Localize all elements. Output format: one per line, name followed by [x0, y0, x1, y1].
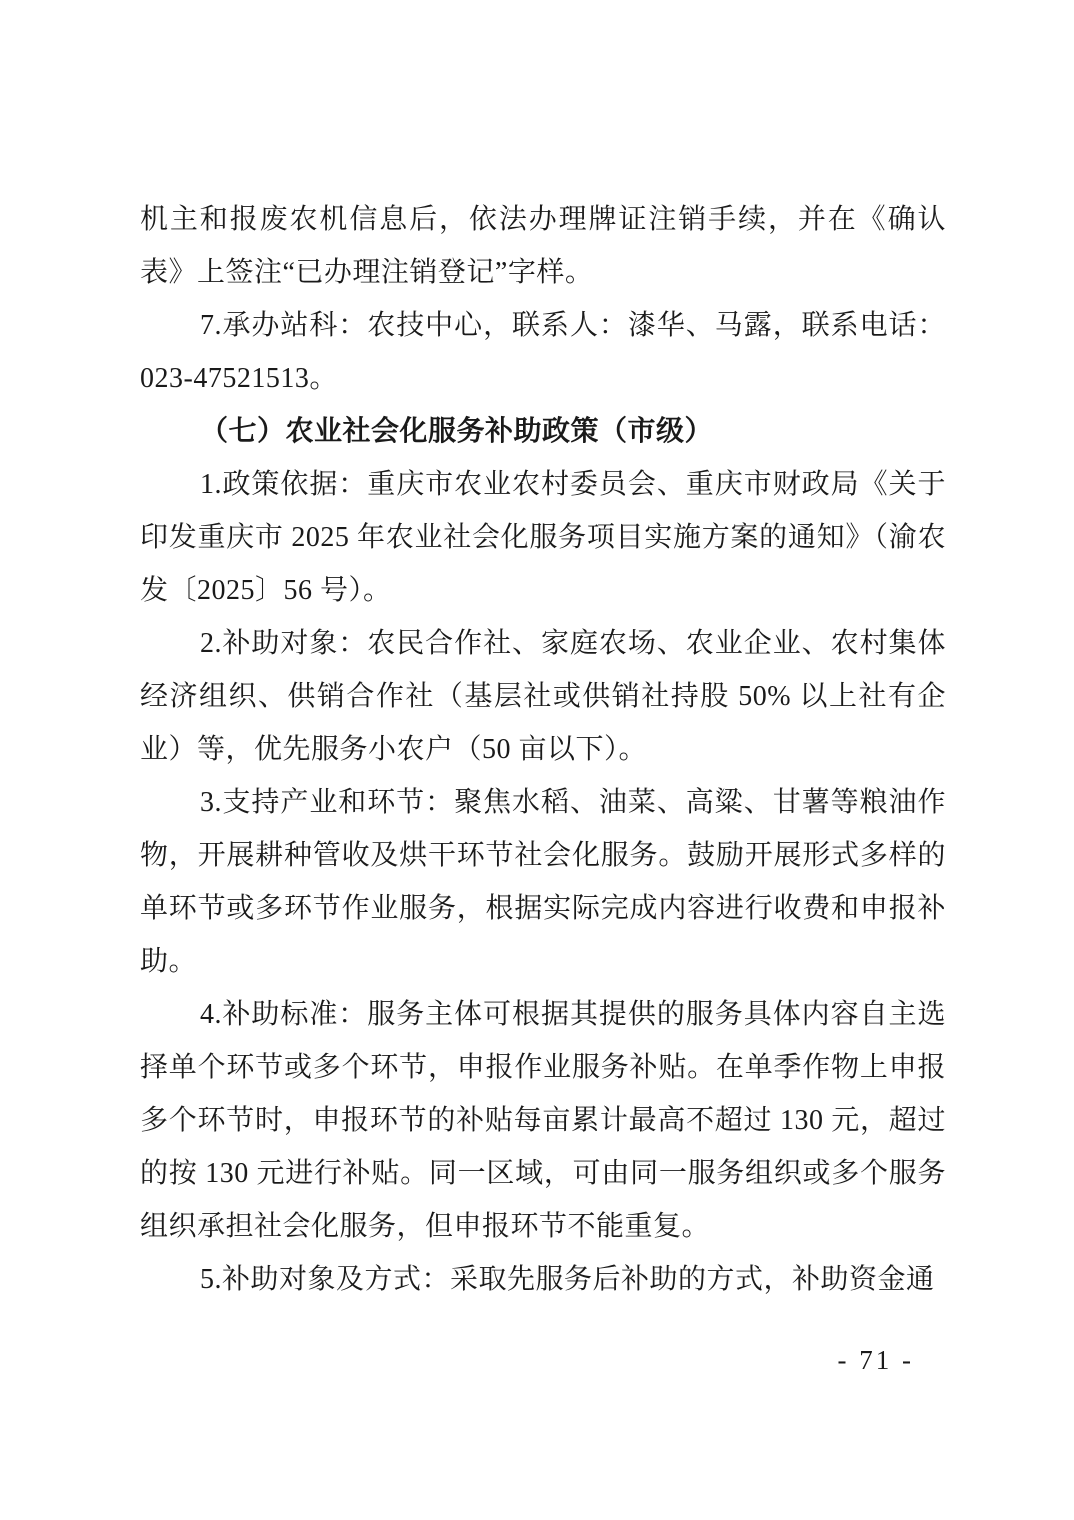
paragraph-continuation: 机主和报废农机信息后，依法办理牌证注销手续，并在《确认表》上签注“已办理注销登记… [140, 193, 946, 299]
paragraph-contact-info: 7.承办站科：农技中心，联系人：漆华、马露，联系电话：023-47521513。 [140, 299, 946, 405]
page-number: - 71 - [838, 1340, 914, 1380]
paragraph-policy-basis: 1.政策依据：重庆市农业农村委员会、重庆市财政局《关于印发重庆市 2025 年农… [140, 458, 946, 617]
document-page: 机主和报废农机信息后，依法办理牌证注销手续，并在《确认表》上签注“已办理注销登记… [0, 0, 1074, 1520]
paragraph-subsidy-targets: 2.补助对象：农民合作社、家庭农场、农业企业、农村集体经济组织、供销合作社（基层… [140, 617, 946, 776]
paragraph-supported-industries: 3.支持产业和环节：聚焦水稻、油菜、高粱、甘薯等粮油作物，开展耕种管收及烘干环节… [140, 776, 946, 988]
document-body: 机主和报废农机信息后，依法办理牌证注销手续，并在《确认表》上签注“已办理注销登记… [140, 193, 946, 1306]
paragraph-subsidy-method: 5.补助对象及方式：采取先服务后补助的方式，补助资金通 [140, 1253, 946, 1306]
section-heading: （七）农业社会化服务补助政策（市级） [140, 405, 946, 458]
paragraph-subsidy-standard: 4.补助标准：服务主体可根据其提供的服务具体内容自主选择单个环节或多个环节，申报… [140, 988, 946, 1253]
